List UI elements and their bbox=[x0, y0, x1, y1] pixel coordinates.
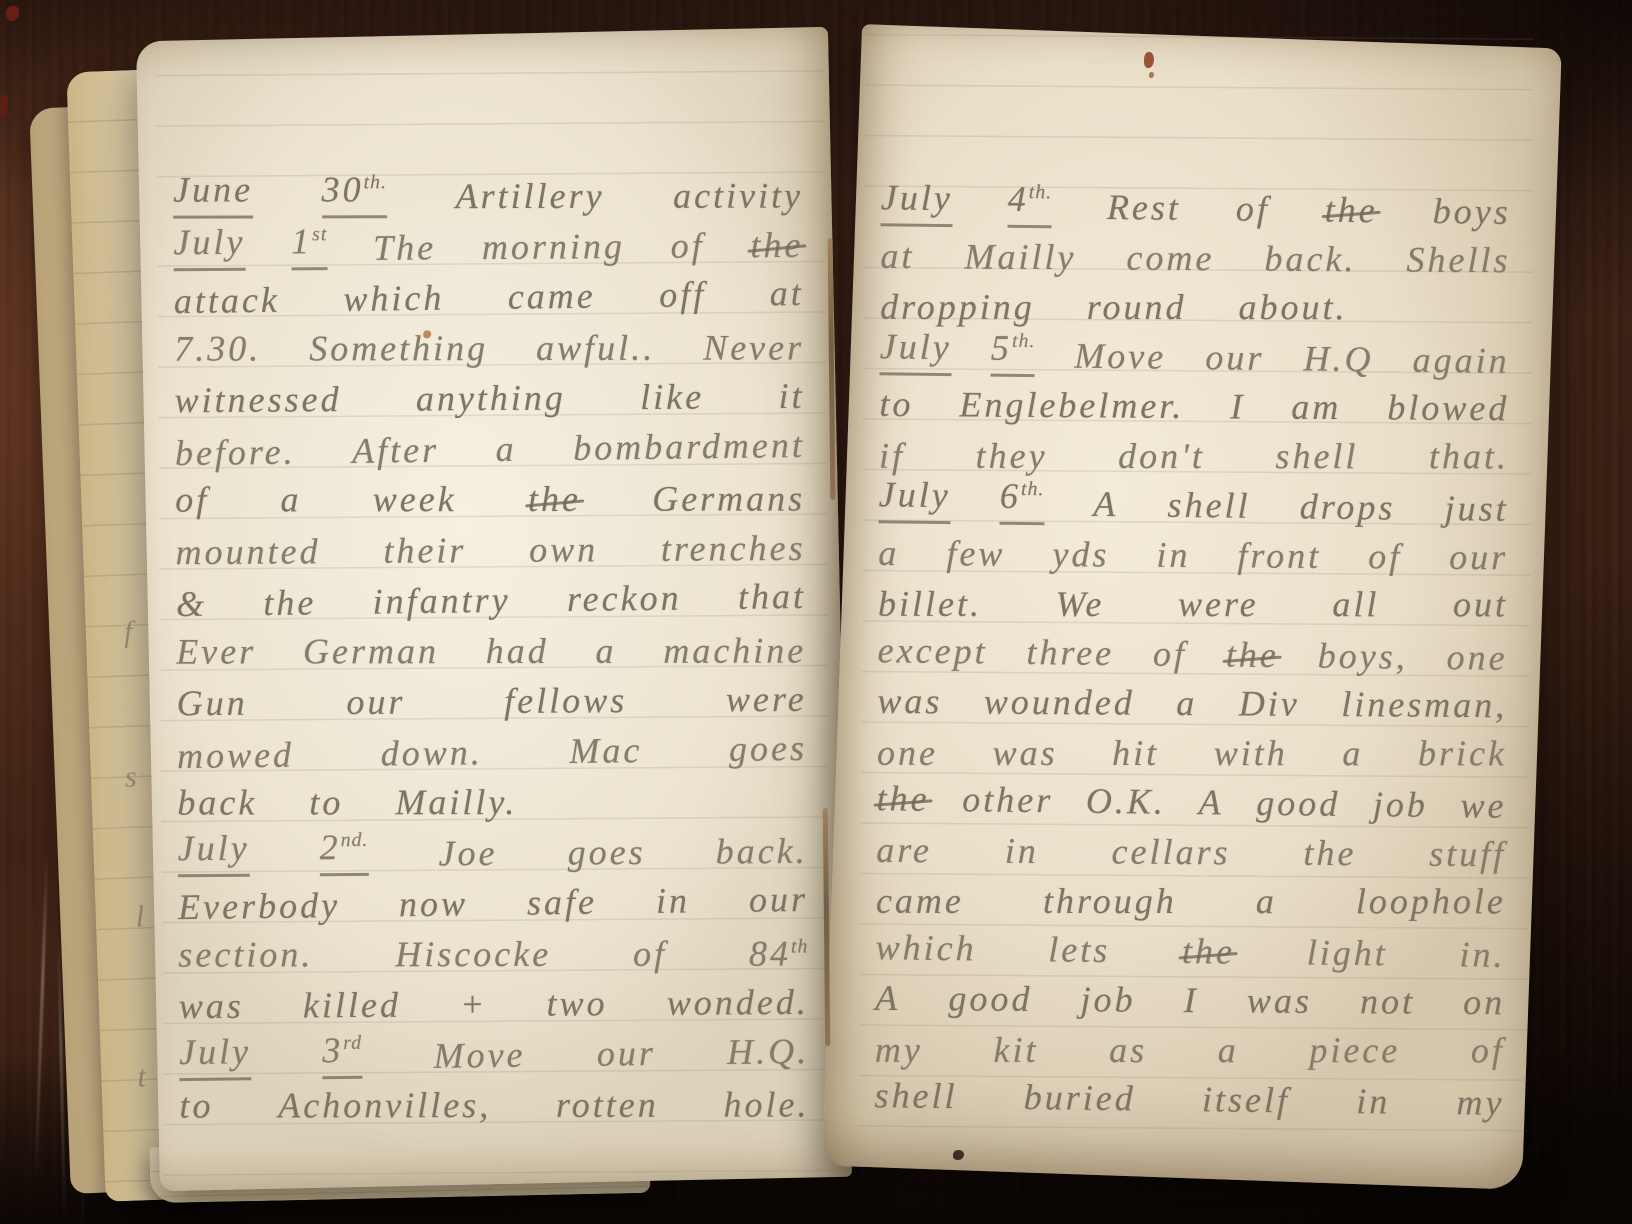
handwritten-line: July2nd.Joegoesback. bbox=[178, 824, 808, 876]
hw-word: the bbox=[528, 477, 581, 521]
hw-word: the bbox=[876, 776, 930, 821]
handwritten-line: AgoodjobIwasnoton bbox=[875, 972, 1505, 1024]
hw-word: 30th. bbox=[322, 160, 387, 218]
hw-word: July bbox=[178, 825, 250, 877]
hw-word: we bbox=[1460, 783, 1507, 828]
hw-word: buried bbox=[1024, 1075, 1137, 1120]
hw-word: in. bbox=[1459, 932, 1506, 977]
hw-word: German bbox=[303, 629, 439, 673]
hw-word: two bbox=[546, 981, 607, 1025]
hw-word: 7.30. bbox=[174, 326, 261, 370]
hw-word: our bbox=[749, 877, 809, 922]
hw-word: were bbox=[1178, 582, 1259, 626]
hw-word: Move bbox=[433, 1032, 526, 1077]
hw-word: of bbox=[1236, 187, 1271, 231]
hw-word: like bbox=[640, 375, 704, 419]
hw-word: drops bbox=[1299, 484, 1395, 529]
hw-word: of bbox=[633, 931, 667, 975]
hw-word: round bbox=[1087, 285, 1187, 329]
hw-word: blowed bbox=[1387, 385, 1509, 430]
hw-word: back bbox=[177, 780, 257, 824]
handwritten-line: Everbodynowsafeinour bbox=[178, 873, 809, 929]
hw-word: boys bbox=[1432, 189, 1511, 234]
hw-word: Mailly bbox=[964, 234, 1076, 279]
diary-right-page: July4th.RestoftheboysatMaillycomeback.Sh… bbox=[822, 24, 1561, 1190]
hw-word: if bbox=[879, 433, 905, 477]
hw-word: had bbox=[486, 628, 549, 672]
hw-word: our bbox=[596, 1030, 656, 1075]
hw-word: piece bbox=[1309, 1028, 1400, 1072]
hw-word: I bbox=[1184, 978, 1199, 1022]
hw-word: yds bbox=[1052, 532, 1109, 576]
hw-word: bombardment bbox=[573, 422, 805, 469]
handwritten-line: waskilled+twowonded. bbox=[179, 976, 809, 1028]
handwritten-line: mykitasapieceof bbox=[875, 1023, 1505, 1072]
hw-word: own bbox=[529, 527, 598, 571]
hw-word: out bbox=[1453, 582, 1508, 626]
hw-word: am bbox=[1291, 385, 1341, 429]
hw-word: mowed bbox=[177, 732, 295, 778]
handwritten-line: droppingroundabout. bbox=[880, 281, 1510, 330]
handwritten-line: exceptthreeoftheboys,one bbox=[877, 624, 1508, 680]
hw-word: the bbox=[263, 580, 317, 625]
hw-word: goes bbox=[729, 725, 808, 770]
hw-word: morning bbox=[482, 224, 625, 269]
hw-word: a bbox=[1218, 1028, 1239, 1072]
hw-word: job bbox=[1373, 782, 1429, 827]
hw-word: at bbox=[769, 271, 804, 315]
hw-word: July bbox=[881, 175, 954, 227]
handwritten-line: before.Afterabombardment bbox=[175, 418, 806, 474]
hw-word: one bbox=[1446, 635, 1508, 680]
hw-word: front bbox=[1237, 533, 1321, 578]
hw-word: A bbox=[1198, 780, 1224, 824]
hw-word: my bbox=[875, 1027, 923, 1071]
hw-word: a bbox=[878, 530, 899, 574]
hw-word: 6th. bbox=[1000, 467, 1045, 526]
hw-word: were bbox=[726, 677, 807, 722]
hw-word: & bbox=[176, 582, 208, 626]
hw-word: don't bbox=[1118, 434, 1205, 478]
hw-word: of bbox=[670, 223, 704, 267]
handwritten-line: camethroughaloophole bbox=[876, 875, 1506, 924]
hw-word: We bbox=[1056, 582, 1105, 626]
handwritten-line: July1stThemorningofthe bbox=[173, 218, 803, 270]
hw-word: as bbox=[1109, 1027, 1147, 1071]
hw-word: Mailly. bbox=[395, 780, 517, 824]
handwritten-line: July5th.MoveourH.Qagain bbox=[879, 327, 1510, 383]
handwritten-line: iftheydon'tshellthat. bbox=[879, 429, 1509, 478]
underpage-writing: s bbox=[124, 760, 137, 794]
hw-word: of bbox=[1471, 1028, 1505, 1072]
hw-word: O.K. bbox=[1086, 779, 1167, 824]
hw-word: off bbox=[659, 272, 707, 317]
hw-word: infantry bbox=[372, 578, 511, 624]
right-page-text-layer: July4th.RestoftheboysatMaillycomeback.Sh… bbox=[872, 34, 1516, 1180]
hw-word: at bbox=[880, 233, 914, 277]
hw-word: hit bbox=[1112, 730, 1159, 774]
hw-word: Joe bbox=[438, 831, 497, 875]
hw-word: Germans bbox=[652, 477, 805, 521]
hw-word: section. bbox=[178, 932, 313, 976]
hw-word: the bbox=[1325, 188, 1379, 233]
handwritten-line: mountedtheirowntrenches bbox=[175, 521, 805, 573]
hw-word: linesman, bbox=[1341, 682, 1507, 727]
hw-word: 4th. bbox=[1007, 170, 1052, 229]
hw-word: down. bbox=[380, 730, 483, 775]
hw-word: H.Q. bbox=[727, 1028, 810, 1073]
hw-word: awful.. bbox=[536, 325, 655, 369]
hw-word: just bbox=[1444, 486, 1509, 531]
hw-word: a bbox=[280, 477, 301, 521]
hw-word: that. bbox=[1429, 434, 1509, 478]
hw-word: back. bbox=[716, 828, 808, 873]
hw-word: that bbox=[738, 574, 807, 619]
hw-word: Englebelmer. bbox=[959, 382, 1184, 428]
underpage-writing: l bbox=[135, 900, 145, 934]
hw-word: I bbox=[1230, 384, 1245, 428]
hw-word: before. bbox=[175, 429, 296, 475]
hw-word: shell bbox=[1275, 434, 1358, 478]
hw-word: good bbox=[948, 976, 1032, 1021]
hw-word: a bbox=[1256, 879, 1277, 923]
hw-word: in bbox=[656, 878, 691, 922]
hw-word: Mac bbox=[569, 728, 643, 773]
hw-word: 5th. bbox=[991, 318, 1036, 377]
hw-word: attack bbox=[174, 278, 281, 323]
hw-word: the bbox=[1182, 928, 1236, 973]
hw-word: in bbox=[1005, 828, 1039, 872]
hw-word: itself bbox=[1202, 1077, 1291, 1122]
hw-word: Rest bbox=[1107, 185, 1182, 230]
hw-word: was bbox=[1247, 978, 1312, 1022]
hw-word: cellars bbox=[1111, 829, 1230, 874]
hw-word: Achonvilles, bbox=[278, 1083, 491, 1127]
hw-word: stuff bbox=[1429, 831, 1506, 876]
hw-word: it bbox=[778, 374, 804, 418]
hw-word: Div bbox=[1239, 681, 1300, 725]
hw-word: their bbox=[383, 528, 466, 573]
hw-word: June bbox=[173, 167, 253, 218]
hw-word: in bbox=[1156, 532, 1190, 576]
hw-word: a bbox=[1176, 681, 1197, 725]
hw-word: Shells bbox=[1406, 237, 1510, 282]
underpage-writing: f bbox=[123, 615, 133, 649]
handwritten-line: whichletsthelightin. bbox=[875, 921, 1506, 977]
hw-word: on bbox=[1463, 980, 1505, 1024]
handwritten-line: shellburieditselfinmy bbox=[874, 1069, 1505, 1125]
handwritten-line: section.Hiscockeof84th bbox=[178, 927, 808, 976]
left-page-text-layer: June30th.ArtilleryactivityJuly1stThemorn… bbox=[170, 32, 814, 1186]
hw-word: three bbox=[1026, 630, 1114, 675]
handwritten-line: billet.Wewereallout bbox=[878, 578, 1508, 627]
hw-word: rotten bbox=[556, 1083, 659, 1127]
handwritten-line: afewydsinfrontofour bbox=[878, 526, 1508, 578]
handwritten-line: ofaweektheGermans bbox=[175, 473, 805, 522]
hw-word: A bbox=[875, 976, 900, 1020]
handwritten-line: areincellarsthestuff bbox=[876, 823, 1506, 875]
hw-word: one bbox=[877, 730, 938, 774]
hw-word: job bbox=[1080, 977, 1135, 1021]
hw-word: machine bbox=[663, 628, 806, 672]
handwritten-line: backtoMailly. bbox=[177, 775, 807, 824]
hw-word: of bbox=[175, 478, 209, 522]
hw-word: mounted bbox=[175, 529, 320, 574]
hw-word: Gun bbox=[176, 681, 247, 725]
handwritten-line: waswoundedaDivlinesman, bbox=[877, 675, 1507, 727]
hw-word: good bbox=[1256, 781, 1341, 826]
hw-word: of bbox=[1368, 534, 1402, 578]
hw-word: goes bbox=[567, 829, 645, 874]
hw-word: billet. bbox=[878, 582, 982, 626]
hw-word: + bbox=[460, 982, 488, 1026]
hw-word: The bbox=[373, 225, 436, 269]
hw-word: brick bbox=[1418, 731, 1507, 775]
hw-word: hole. bbox=[723, 1082, 809, 1126]
hw-word: in bbox=[1356, 1079, 1391, 1123]
underpage-writing: t bbox=[137, 1060, 147, 1094]
hw-word: 3rd bbox=[322, 1020, 363, 1079]
handwritten-line: moweddown.Macgoes bbox=[177, 721, 808, 777]
diary-left-page: June30th.ArtilleryactivityJuly1stThemorn… bbox=[136, 27, 852, 1191]
hw-word: 84th bbox=[749, 924, 808, 975]
hw-word: shell bbox=[1167, 483, 1251, 528]
handwritten-line: witnessedanythinglikeit bbox=[174, 370, 804, 422]
handwritten-line: &theinfantryreckonthat bbox=[176, 570, 807, 626]
hw-word: my bbox=[1456, 1080, 1505, 1125]
hw-word: the bbox=[1226, 632, 1280, 677]
hw-word: Artillery bbox=[456, 174, 605, 218]
handwritten-line: EverGermanhadamachine bbox=[176, 624, 806, 673]
hw-word: our bbox=[346, 680, 405, 724]
handwritten-line: toAchonvilles,rottenhole. bbox=[179, 1078, 809, 1127]
hw-word: witnessed bbox=[174, 377, 341, 422]
hw-word: activity bbox=[673, 174, 803, 218]
hw-word: the bbox=[1303, 830, 1356, 874]
hw-word: After bbox=[352, 427, 440, 472]
hw-word: a bbox=[495, 426, 517, 470]
hw-word: through bbox=[1043, 879, 1177, 923]
handwritten-line: Gunourfellowswere bbox=[176, 673, 806, 725]
hw-word: wounded bbox=[984, 680, 1135, 725]
hw-word: July bbox=[173, 219, 245, 271]
hw-word: Hiscocke bbox=[395, 931, 551, 975]
hw-word: safe bbox=[527, 880, 598, 925]
hw-word: our bbox=[1449, 534, 1508, 578]
handwritten-line: June30th.Artilleryactivity bbox=[173, 170, 803, 219]
hw-word: July bbox=[878, 472, 951, 524]
hw-word: was bbox=[993, 730, 1058, 774]
hw-word: which bbox=[875, 925, 977, 970]
hw-word: back. bbox=[1264, 236, 1356, 281]
handwritten-line: toEnglebelmer.Iamblowed bbox=[879, 378, 1509, 430]
handwritten-line: July6th.Ashelldropsjust bbox=[878, 475, 1509, 531]
hw-word: came bbox=[508, 274, 597, 319]
hw-word: other bbox=[962, 777, 1054, 822]
hw-word: loophole bbox=[1356, 879, 1506, 923]
hw-word: A bbox=[1093, 482, 1119, 526]
hw-word: the bbox=[750, 222, 803, 266]
handwritten-line: atMaillycomeback.Shells bbox=[880, 229, 1510, 281]
hw-word: now bbox=[399, 881, 469, 926]
hw-word: July bbox=[179, 1029, 252, 1081]
hw-word: with bbox=[1214, 731, 1288, 775]
hw-word: except bbox=[877, 628, 987, 673]
hw-word: of bbox=[1153, 631, 1188, 675]
hw-word: came bbox=[876, 879, 964, 923]
hw-word: lets bbox=[1048, 927, 1111, 972]
handwritten-line: theotherO.K.Agoodjobwe bbox=[876, 772, 1507, 828]
hw-word: wonded. bbox=[667, 980, 809, 1025]
handwritten-line: 7.30.Somethingawful..Never bbox=[174, 321, 804, 370]
hw-word: Everbody bbox=[178, 883, 340, 929]
handwritten-line: onewashitwithabrick bbox=[877, 726, 1507, 775]
hw-word: was bbox=[877, 679, 942, 723]
hw-word: Never bbox=[703, 325, 804, 369]
hw-word: again bbox=[1412, 337, 1510, 382]
hw-word: Something bbox=[309, 326, 488, 370]
hw-word: Move bbox=[1074, 333, 1166, 378]
hw-word: to bbox=[879, 382, 913, 426]
handwritten-line: attackwhichcameoffat bbox=[174, 267, 805, 323]
hw-word: a bbox=[1342, 731, 1363, 775]
hw-word: trenches bbox=[661, 525, 806, 570]
hw-word: our bbox=[1205, 335, 1265, 380]
hw-word: 1st bbox=[291, 212, 328, 270]
hw-word: anything bbox=[416, 376, 566, 421]
hw-word: Ever bbox=[176, 629, 256, 673]
hw-word: kit bbox=[993, 1027, 1038, 1071]
hw-word: H.Q bbox=[1303, 336, 1374, 381]
hw-word: few bbox=[946, 531, 1005, 575]
hw-word: come bbox=[1126, 235, 1214, 280]
hw-word: light bbox=[1307, 930, 1389, 975]
hw-word: not bbox=[1360, 979, 1415, 1023]
hw-word: a bbox=[595, 628, 616, 672]
hw-word: boys, bbox=[1318, 633, 1409, 678]
hw-word: are bbox=[876, 827, 932, 871]
hw-word: which bbox=[343, 276, 445, 321]
hw-word: week bbox=[373, 477, 457, 521]
hw-word: about. bbox=[1238, 285, 1347, 329]
hw-word: all bbox=[1332, 582, 1379, 626]
hw-word: 2nd. bbox=[320, 817, 369, 875]
handwritten-line: July3rdMoveourH.Q. bbox=[179, 1024, 810, 1080]
hw-word: reckon bbox=[567, 576, 682, 621]
hw-word: to bbox=[179, 1084, 213, 1128]
handwritten-line: July4th.Restoftheboys bbox=[881, 178, 1512, 234]
hw-word: July bbox=[879, 324, 952, 376]
hw-word: was bbox=[179, 984, 244, 1028]
hw-word: fellows bbox=[504, 678, 627, 723]
hw-word: shell bbox=[874, 1073, 958, 1118]
